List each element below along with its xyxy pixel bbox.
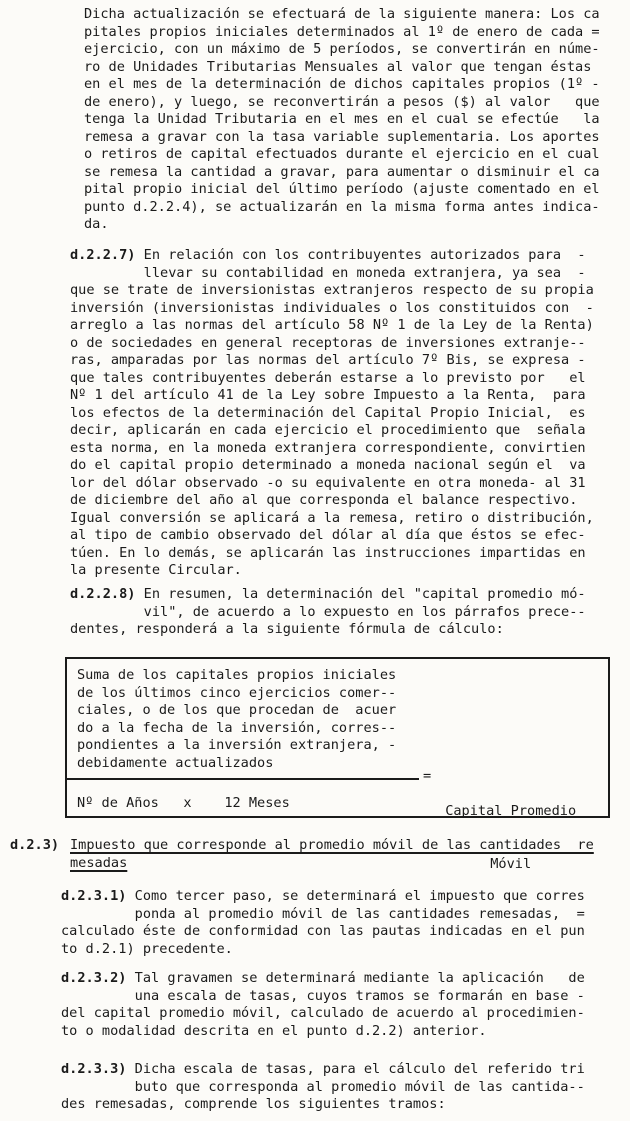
section-d232-body: Tal gravamen se determinará mediante la … (61, 970, 585, 1040)
section-d231-label: d.2.3.1) (61, 888, 126, 906)
section-d232-label: d.2.3.2) (61, 970, 126, 988)
document-page: Dicha actualización se efectuará de la s… (0, 0, 630, 1121)
section-d233-label: d.2.3.3) (61, 1061, 126, 1079)
fraction-line (67, 778, 419, 780)
heading-d23-title: Impuesto que corresponde al promedio móv… (70, 837, 594, 872)
section-d228-label: d.2.2.8) (70, 586, 135, 604)
section-d227-label: d.2.2.7) (70, 247, 135, 265)
section-d228-body: En resumen, la determinación del "capita… (70, 586, 586, 639)
formula-result-line1: Capital Promedio (445, 803, 576, 821)
formula-denominator: Nº de Años x 12 Meses (77, 795, 290, 813)
paragraph-intro: Dicha actualización se efectuará de la s… (84, 6, 600, 234)
section-d233: d.2.3.3) Dicha escala de tasas, para el … (61, 1061, 585, 1114)
section-d232: d.2.3.2) Tal gravamen se determinará med… (61, 970, 585, 1040)
section-d228: d.2.2.8) En resumen, la determinación de… (70, 586, 586, 639)
formula-numerator: Suma de los capitales propios iniciales … (77, 667, 396, 772)
section-d231-body: Como tercer paso, se determinará el impu… (61, 888, 585, 958)
section-d227: d.2.2.7) En relación con los contribuyen… (70, 247, 594, 580)
heading-d23-label: d.2.3) (10, 837, 70, 872)
formula-box: Suma de los capitales propios iniciales … (65, 657, 610, 818)
heading-d23: d.2.3) Impuesto que corresponde al prome… (10, 837, 594, 872)
section-d227-body: En relación con los contribuyentes autor… (70, 247, 594, 580)
section-d233-body: Dicha escala de tasas, para el cálculo d… (61, 1061, 585, 1114)
section-d231: d.2.3.1) Como tercer paso, se determinar… (61, 888, 585, 958)
